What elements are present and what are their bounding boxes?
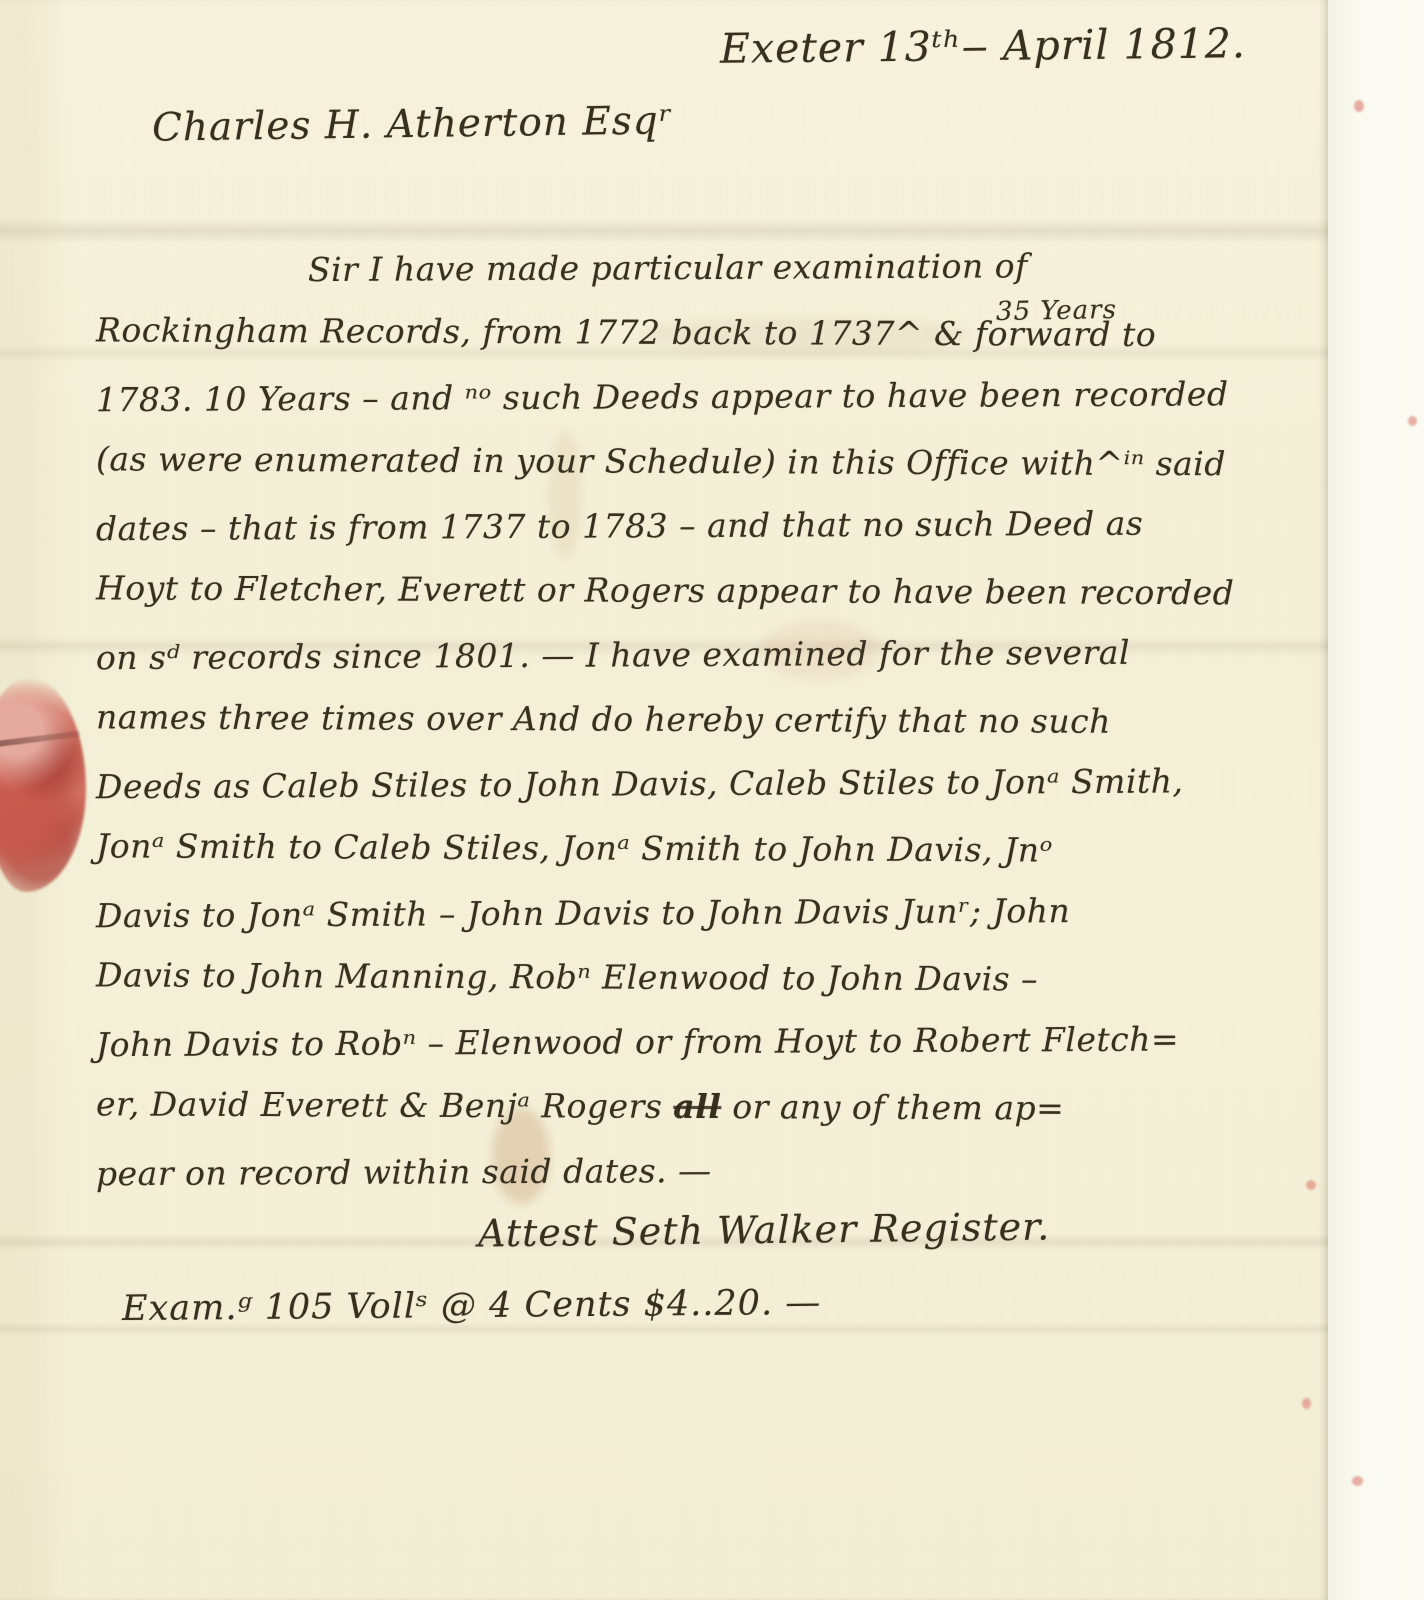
letter-line: dates – that is from 1737 to 1783 – and …	[96, 503, 1316, 574]
letter-line: er, David Everett & Benjᵃ Rogers all or …	[96, 1084, 1316, 1154]
letter-line: Deeds as Caleb Stiles to John Davis, Cal…	[96, 761, 1316, 832]
letter-line: Davis to John Manning, Robⁿ Elenwood to …	[96, 955, 1316, 1025]
letter-line: Rockingham Records, from 1772 back to 17…	[96, 310, 1316, 380]
red-speck	[1352, 1476, 1363, 1486]
line-segment: er, David Everett & Benjᵃ Rogers	[96, 1084, 673, 1126]
line-segment: or any of them ap=	[721, 1087, 1064, 1127]
letter-line: names three times over And do hereby cer…	[96, 697, 1316, 767]
red-speck	[1302, 1398, 1311, 1409]
letter-line: Jonᵃ Smith to Caleb Stiles, Jonᵃ Smith t…	[96, 826, 1316, 896]
letter-line: Sir I have made particular examination o…	[96, 245, 1316, 316]
salutation: Charles H. Atherton Esqʳ	[152, 98, 674, 150]
red-speck	[1354, 100, 1364, 112]
struck-word: all	[673, 1086, 721, 1125]
letter-line: Hoyt to Fletcher, Everett or Rogers appe…	[96, 568, 1316, 638]
letter-line: (as were enumerated in your Schedule) in…	[96, 439, 1316, 509]
attestation-signature: Attest Seth Walker Register.	[478, 1205, 1051, 1256]
letter-line: on sᵈ records since 1801. — I have exami…	[96, 632, 1316, 703]
fee-note: Exam.ᵍ 105 Vollˢ @ 4 Cents $4..20. —	[122, 1283, 822, 1329]
letter-line: Davis to Jonᵃ Smith – John Davis to John…	[96, 890, 1316, 961]
date-line: Exeter 13ᵗʰ‒ April 1812.	[720, 19, 1246, 73]
letter-body: Sir I have made particular examination o…	[96, 248, 1316, 1216]
letter-line: John Davis to Robⁿ – Elenwood or from Ho…	[96, 1019, 1316, 1090]
red-speck	[1408, 416, 1417, 426]
letter-scan: Exeter 13ᵗʰ‒ April 1812. Charles H. Athe…	[0, 0, 1424, 1600]
letter-line: 1783. 10 Years – and ⁿᵒ such Deeds appea…	[96, 374, 1316, 445]
scan-edge-strip	[1328, 0, 1424, 1600]
